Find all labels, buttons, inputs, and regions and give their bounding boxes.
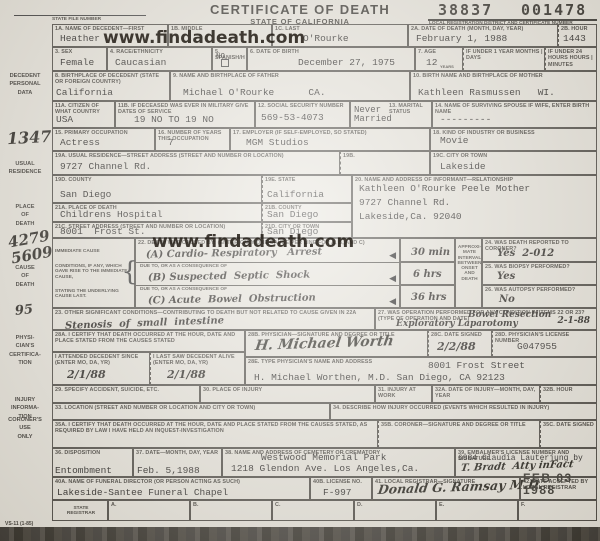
field-35a-coroner-certify: 35A. I CERTIFY THAT DEATH OCCURRED AT TH… bbox=[52, 420, 378, 448]
field-17-employer: 17. EMPLOYER (IF SELF-EMPLOYED, SO STATE… bbox=[230, 128, 430, 151]
margin-place-of-death: PLACE OF DEATH bbox=[0, 203, 50, 228]
field-15-occupation: 15. PRIMARY OCCUPATION Actress bbox=[52, 128, 155, 151]
field-40b-license-no: 40B. LICENSE NO. F-997 bbox=[310, 477, 372, 500]
state-registrar-label-box: STATE REGISTRAR bbox=[52, 500, 108, 521]
field-19d-residence-county: 19D. COUNTY San Diego bbox=[52, 175, 262, 203]
registrar-col-c: C. bbox=[272, 500, 354, 521]
field-35c-coroner-date: 35C. DATE SIGNED bbox=[540, 420, 597, 448]
field-28e-physician-name-address: 28E. TYPE PHYSICIAN'S NAME AND ADDRESS 8… bbox=[245, 357, 597, 385]
margin-decedent-personal-data: DECEDENT PERSONAL DATA bbox=[0, 72, 50, 97]
watermark-top: www.findadeath.com bbox=[103, 30, 305, 47]
field-30-place-of-injury: 30. PLACE OF INJURY bbox=[200, 385, 375, 403]
field-29-accident: 29. SPECIFY ACCIDENT, SUICIDE, ETC. bbox=[52, 385, 200, 403]
death-certificate-scan: CERTIFICATE OF DEATH STATE OF CALIFORNIA… bbox=[0, 0, 600, 541]
scan-edge-strip bbox=[0, 527, 600, 541]
field-28d-license-number: 28D. PHYSICIAN'S LICENSE NUMBER G047955 bbox=[492, 330, 597, 357]
field-32b-injury-hour: 32B. HOUR bbox=[540, 385, 597, 403]
field-27-operation: 27. WAS OPERATION PERFORMED FOR ANY COND… bbox=[375, 308, 597, 330]
field-11a-citizen: 11A. CITIZEN OF WHAT COUNTRY USA bbox=[52, 101, 115, 128]
field-10-mother: 10. BIRTH NAME AND BIRTHPLACE OF MOTHER … bbox=[410, 71, 597, 101]
interval-c: 36 hrs bbox=[400, 285, 455, 308]
field-11b-military: 11B. IF DECEASED WAS EVER IN MILITARY GI… bbox=[115, 101, 255, 128]
field-under-24-hours: IF UNDER 24 HOURS HOURS | MINUTES bbox=[545, 47, 597, 71]
interval-b: 6 hrs bbox=[400, 262, 455, 285]
field-under-1-year: IF UNDER 1 YEAR MONTHS | DAYS bbox=[463, 47, 545, 71]
hispanic-checkbox bbox=[221, 59, 229, 67]
field-36-disposition: 36. DISPOSITION Entombment bbox=[52, 448, 133, 477]
field-21a-place-of-death: 21A. PLACE OF DEATH Childrens Hospital bbox=[52, 203, 262, 222]
interval-header: APPROXI- MATE INTERVAL BETWEEN ONSET AND… bbox=[455, 238, 482, 308]
margin-usual-residence: USUAL RESIDENCE bbox=[0, 160, 50, 177]
field-21b-county: 21B. COUNTY San Diego bbox=[262, 203, 352, 222]
district-number: 38837 bbox=[438, 3, 493, 18]
field-2a-date-of-death: 2A. DATE OF DEATH (MONTH, DAY, YEAR) Feb… bbox=[408, 24, 558, 47]
field-38-cemetery: 38. NAME AND ADDRESS OF CEMETERY OR CREM… bbox=[222, 448, 455, 477]
margin-coroners-use-only: CORONER'S USE ONLY bbox=[0, 416, 50, 441]
field-9-father: 9. NAME AND BIRTHPLACE OF FATHER Michael… bbox=[170, 71, 410, 101]
registrar-col-b: B. bbox=[190, 500, 272, 521]
field-31-injury-at-work: 31. INJURY AT WORK bbox=[375, 385, 432, 403]
field-19c-residence-city: 19C. CITY OR TOWN Lakeside bbox=[430, 151, 597, 175]
field-attended-since: I ATTENDED DECEDENT SINCE (ENTER MO, DA,… bbox=[52, 352, 150, 385]
field-28a-certify: 28A. I CERTIFY THAT DEATH OCCURRED AT TH… bbox=[52, 330, 245, 352]
field-28c-date-signed: 28C. DATE SIGNED 2/2/88 bbox=[428, 330, 492, 357]
field-35b-coroner-signature: 35B. CORONER—SIGNATURE AND DEGREE OR TIT… bbox=[378, 420, 540, 448]
field-40a-funeral-director: 40A. NAME OF FUNERAL DIRECTOR (OR PERSON… bbox=[52, 477, 310, 500]
page-title-block: CERTIFICATE OF DEATH STATE OF CALIFORNIA bbox=[150, 3, 450, 26]
field-4-race: 4. RACE/ETHNICITY Caucasian bbox=[107, 47, 212, 71]
registrar-col-a: A. bbox=[108, 500, 190, 521]
watermark-middle: www.findadeath.com bbox=[152, 234, 354, 251]
field-7-age: 7. AGE 12 YEARS bbox=[415, 47, 463, 71]
field-26-autopsy: 26. WAS AUTOPSY PERFORMED? No bbox=[482, 285, 597, 308]
field-3-sex: 3. SEX Female bbox=[52, 47, 107, 71]
field-33-injury-location: 33. LOCATION (STREET AND NUMBER OR LOCAT… bbox=[52, 403, 330, 420]
field-last-saw-alive: I LAST SAW DECEDENT ALIVE (ENTER MO, DA,… bbox=[150, 352, 245, 385]
registrar-col-e: E. bbox=[436, 500, 518, 521]
registrar-col-f: F. bbox=[518, 500, 597, 521]
field-19a-residence-street: 19A. USUAL RESIDENCE—STREET ADDRESS (STR… bbox=[52, 151, 340, 175]
field-12-ssn: 12. SOCIAL SECURITY NUMBER 569-53-4073 bbox=[255, 101, 350, 128]
field-5-hispanic: 5. SPANISH/HISPANIC NO bbox=[212, 47, 247, 71]
local-registration-label: LOCAL REGISTRATION DISTRICT AND CERTIFIC… bbox=[429, 21, 597, 26]
interval-arrow-a: ◀ bbox=[389, 250, 396, 261]
field-13-marital-status: 13. MARITAL STATUS Never Married bbox=[350, 101, 432, 128]
field-24-reported-to-coroner: 24. WAS DEATH REPORTED TO CORONER? Yes 2… bbox=[482, 238, 597, 262]
registrar-col-d: D. bbox=[354, 500, 436, 521]
page-title: CERTIFICATE OF DEATH bbox=[150, 3, 450, 17]
field-19b: 19B. bbox=[340, 151, 430, 175]
interval-a: 30 min bbox=[400, 238, 455, 262]
field-28b-physician-signature: 28B. PHYSICIAN—SIGNATURE AND DEGREE OR T… bbox=[245, 330, 428, 357]
field-2b-hour: 2B. HOUR 1443 bbox=[558, 24, 597, 47]
field-32a-date-of-injury: 32A. DATE OF INJURY—MONTH, DAY, YEAR bbox=[432, 385, 540, 403]
field-37-disposition-date: 37. DATE—MONTH, DAY, YEAR Feb. 5,1988 bbox=[133, 448, 222, 477]
margin-physicians-certification: PHYSI- CIAN'S CERTIFICA- TION bbox=[0, 334, 50, 368]
field-14-spouse: 14. NAME OF SURVIVING SPOUSE IF WIFE, EN… bbox=[432, 101, 597, 128]
state-file-label: STATE FILE NUMBER bbox=[52, 17, 101, 22]
margin-handwritten-95: 95 bbox=[14, 302, 34, 319]
field-41-local-registrar: 41. LOCAL REGISTRAR—SIGNATURE Donald G. … bbox=[372, 477, 520, 500]
field-23-other-conditions: 23. OTHER SIGNIFICANT CONDITIONS—CONTRIB… bbox=[52, 308, 375, 330]
cause-side-labels: IMMEDIATE CAUSE CONDITIONS, IF ANY, WHIC… bbox=[52, 238, 135, 308]
state-file-rule bbox=[14, 15, 146, 16]
margin-handwritten-1347: 1347 bbox=[7, 127, 52, 148]
interval-arrow-b: ◀ bbox=[389, 273, 396, 284]
interval-arrow-c: ◀ bbox=[389, 296, 396, 307]
field-6-date-of-birth: 6. DATE OF BIRTH December 27, 1975 bbox=[247, 47, 415, 71]
page-subtitle: STATE OF CALIFORNIA bbox=[150, 17, 450, 26]
field-20-informant: 20. NAME AND ADDRESS OF INFORMANT—RELATI… bbox=[352, 175, 597, 238]
field-19e-residence-state: 19E. STATE California bbox=[262, 175, 352, 203]
margin-cause-of-death: CAUSE OF DEATH bbox=[0, 264, 50, 289]
field-34-injury-how: 34. DESCRIBE HOW INJURY OCCURRED (EVENTS… bbox=[330, 403, 597, 420]
field-16-years-occupation: 16. NUMBER OF YEARS THIS OCCUPATION 7 bbox=[155, 128, 230, 151]
certificate-number: 001478 bbox=[521, 3, 587, 18]
field-42-date-accepted: 42. DATE ACCEPTED BY LOCAL REGISTRAR FEB… bbox=[520, 477, 597, 500]
field-18-industry: 18. KIND OF INDUSTRY OR BUSINESS Movie bbox=[430, 128, 597, 151]
field-25-biopsy: 25. WAS BIOPSY PERFORMED? Yes bbox=[482, 262, 597, 285]
field-8-birthplace: 8. BIRTHPLACE OF DECEDENT (STATE OR FORE… bbox=[52, 71, 170, 101]
